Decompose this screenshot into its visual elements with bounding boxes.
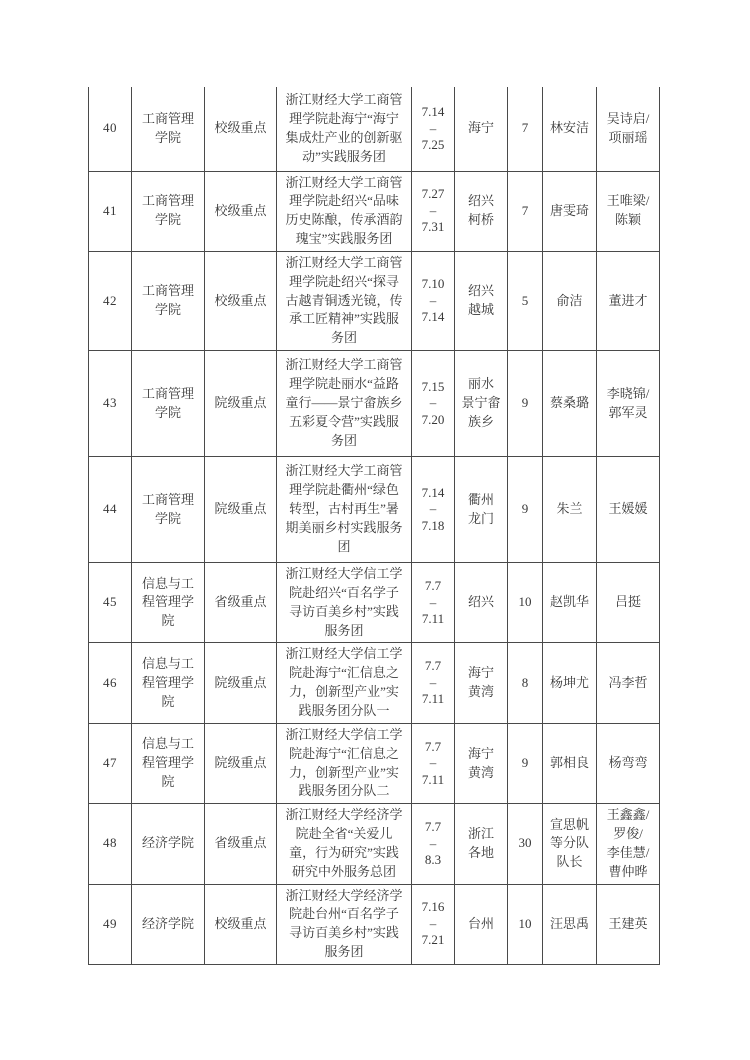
table-row: 45 信息与工 程管理学 院 省级重点 浙江财经大学信工学院赴绍兴“百名学子寻访… — [89, 563, 660, 643]
cell-dates: 7.16 – 7.21 — [412, 884, 455, 964]
cell-location: 丽水 景宁畲 族乡 — [455, 351, 508, 457]
cell-level: 省级重点 — [205, 563, 277, 643]
cell-team-name: 浙江财经大学工商管理学院赴衢州“绿色转型，古村再生”暑期美丽乡村实践服务团 — [277, 457, 412, 563]
cell-location: 海宁 — [455, 87, 508, 171]
table-row: 46 信息与工 程管理学 院 院级重点 浙江财经大学信工学院赴海宁“汇信息之力，… — [89, 643, 660, 723]
cell-dates: 7.7 – 8.3 — [412, 804, 455, 884]
date-range-dash: – — [418, 122, 448, 136]
date-end: 7.31 — [418, 218, 448, 237]
cell-member-count: 5 — [508, 251, 543, 350]
cell-row-number: 44 — [89, 457, 132, 563]
table-row: 40 工商管理 学院 校级重点 浙江财经大学工商管理学院赴海宁“海宁集成灶产业的… — [89, 87, 660, 171]
cell-dates: 7.15 – 7.20 — [412, 351, 455, 457]
cell-leader: 汪思禹 — [543, 884, 597, 964]
date-start: 7.14 — [418, 103, 448, 122]
cell-advisors: 王媛媛 — [597, 457, 660, 563]
cell-leader: 杨坤尤 — [543, 643, 597, 723]
cell-location: 海宁 黄湾 — [455, 723, 508, 803]
cell-college: 工商管理 学院 — [132, 171, 205, 251]
cell-dates: 7.7 – 7.11 — [412, 563, 455, 643]
cell-dates: 7.7 – 7.11 — [412, 723, 455, 803]
table-row: 49 经济学院 校级重点 浙江财经大学经济学院赴台州“百名学子寻访百美乡村”实践… — [89, 884, 660, 964]
date-end: 7.11 — [418, 690, 448, 709]
cell-level: 省级重点 — [205, 804, 277, 884]
date-range-dash: – — [418, 756, 448, 770]
cell-team-name: 浙江财经大学工商管理学院赴绍兴“品味历史陈酿，传承酒韵瑰宝”实践服务团 — [277, 171, 412, 251]
cell-location: 绍兴 — [455, 563, 508, 643]
cell-row-number: 46 — [89, 643, 132, 723]
cell-advisors: 李晓锦/ 郭军灵 — [597, 351, 660, 457]
cell-dates: 7.7 – 7.11 — [412, 643, 455, 723]
date-start: 7.7 — [418, 818, 448, 837]
cell-location: 海宁 黄湾 — [455, 643, 508, 723]
date-start: 7.7 — [418, 738, 448, 757]
cell-college: 工商管理 学院 — [132, 457, 205, 563]
cell-dates: 7.14 – 7.18 — [412, 457, 455, 563]
cell-advisors: 杨弯弯 — [597, 723, 660, 803]
cell-advisors: 王建英 — [597, 884, 660, 964]
cell-level: 院级重点 — [205, 457, 277, 563]
cell-member-count: 7 — [508, 87, 543, 171]
cell-location: 台州 — [455, 884, 508, 964]
cell-advisors: 吴诗启/ 项丽瑶 — [597, 87, 660, 171]
date-end: 7.18 — [418, 517, 448, 536]
cell-team-name: 浙江财经大学经济学院赴全省“关爱儿童，行为研究”实践研究中外服务总团 — [277, 804, 412, 884]
cell-level: 院级重点 — [205, 643, 277, 723]
cell-member-count: 30 — [508, 804, 543, 884]
date-end: 7.20 — [418, 411, 448, 430]
cell-row-number: 45 — [89, 563, 132, 643]
cell-level: 校级重点 — [205, 87, 277, 171]
practice-teams-table: 40 工商管理 学院 校级重点 浙江财经大学工商管理学院赴海宁“海宁集成灶产业的… — [88, 87, 660, 965]
date-start: 7.27 — [418, 185, 448, 204]
cell-level: 校级重点 — [205, 171, 277, 251]
date-end: 7.11 — [418, 610, 448, 629]
cell-team-name: 浙江财经大学信工学院赴海宁“汇信息之力，创新型产业”实践服务团分队二 — [277, 723, 412, 803]
cell-leader: 唐雯琦 — [543, 171, 597, 251]
cell-location: 绍兴 越城 — [455, 251, 508, 350]
cell-row-number: 41 — [89, 171, 132, 251]
cell-college: 信息与工 程管理学 院 — [132, 723, 205, 803]
cell-team-name: 浙江财经大学工商管理学院赴绍兴“探寻古越青铜透光镜，传承工匠精神”实践服务团 — [277, 251, 412, 350]
date-end: 7.11 — [418, 771, 448, 790]
cell-member-count: 7 — [508, 171, 543, 251]
cell-team-name: 浙江财经大学信工学院赴绍兴“百名学子寻访百美乡村”实践服务团 — [277, 563, 412, 643]
cell-row-number: 48 — [89, 804, 132, 884]
cell-college: 工商管理 学院 — [132, 251, 205, 350]
cell-team-name: 浙江财经大学经济学院赴台州“百名学子寻访百美乡村”实践服务团 — [277, 884, 412, 964]
cell-location: 绍兴 柯桥 — [455, 171, 508, 251]
cell-dates: 7.10 – 7.14 — [412, 251, 455, 350]
cell-team-name: 浙江财经大学工商管理学院赴丽水“益路童行——景宁畲族乡五彩夏令营”实践服务团 — [277, 351, 412, 457]
date-start: 7.14 — [418, 484, 448, 503]
cell-level: 院级重点 — [205, 351, 277, 457]
date-start: 7.7 — [418, 577, 448, 596]
cell-row-number: 49 — [89, 884, 132, 964]
cell-member-count: 9 — [508, 457, 543, 563]
date-range-dash: – — [418, 837, 448, 851]
date-range-dash: – — [418, 676, 448, 690]
cell-advisors: 王鑫鑫/ 罗俊/ 李佳慧/ 曹仲晔 — [597, 804, 660, 884]
table-row: 47 信息与工 程管理学 院 院级重点 浙江财经大学信工学院赴海宁“汇信息之力，… — [89, 723, 660, 803]
cell-advisors: 董进才 — [597, 251, 660, 350]
cell-college: 信息与工 程管理学 院 — [132, 563, 205, 643]
cell-level: 院级重点 — [205, 723, 277, 803]
cell-level: 校级重点 — [205, 884, 277, 964]
cell-member-count: 10 — [508, 884, 543, 964]
cell-college: 工商管理 学院 — [132, 351, 205, 457]
cell-member-count: 8 — [508, 643, 543, 723]
cell-team-name: 浙江财经大学信工学院赴海宁“汇信息之力，创新型产业”实践服务团分队一 — [277, 643, 412, 723]
cell-row-number: 43 — [89, 351, 132, 457]
cell-team-name: 浙江财经大学工商管理学院赴海宁“海宁集成灶产业的创新驱动”实践服务团 — [277, 87, 412, 171]
date-range-dash: – — [418, 917, 448, 931]
date-start: 7.10 — [418, 275, 448, 294]
cell-location: 浙江 各地 — [455, 804, 508, 884]
cell-college: 经济学院 — [132, 804, 205, 884]
date-range-dash: – — [418, 596, 448, 610]
cell-row-number: 47 — [89, 723, 132, 803]
date-range-dash: – — [418, 204, 448, 218]
date-end: 8.3 — [418, 851, 448, 870]
table-row: 44 工商管理 学院 院级重点 浙江财经大学工商管理学院赴衢州“绿色转型，古村再… — [89, 457, 660, 563]
cell-advisors: 冯李哲 — [597, 643, 660, 723]
date-end: 7.21 — [418, 931, 448, 950]
cell-dates: 7.27 – 7.31 — [412, 171, 455, 251]
document-page: 40 工商管理 学院 校级重点 浙江财经大学工商管理学院赴海宁“海宁集成灶产业的… — [0, 0, 750, 1060]
table-row: 43 工商管理 学院 院级重点 浙江财经大学工商管理学院赴丽水“益路童行——景宁… — [89, 351, 660, 457]
date-end: 7.25 — [418, 136, 448, 155]
date-start: 7.15 — [418, 378, 448, 397]
cell-row-number: 42 — [89, 251, 132, 350]
date-end: 7.14 — [418, 308, 448, 327]
date-range-dash: – — [418, 294, 448, 308]
date-start: 7.16 — [418, 898, 448, 917]
cell-advisors: 王唯梁/ 陈颖 — [597, 171, 660, 251]
cell-leader: 朱兰 — [543, 457, 597, 563]
cell-location: 衢州 龙门 — [455, 457, 508, 563]
table-row: 48 经济学院 省级重点 浙江财经大学经济学院赴全省“关爱儿童，行为研究”实践研… — [89, 804, 660, 884]
cell-college: 信息与工 程管理学 院 — [132, 643, 205, 723]
cell-leader: 俞洁 — [543, 251, 597, 350]
cell-college: 经济学院 — [132, 884, 205, 964]
cell-row-number: 40 — [89, 87, 132, 171]
date-range-dash: – — [418, 502, 448, 516]
cell-advisors: 吕挺 — [597, 563, 660, 643]
cell-leader: 郭相良 — [543, 723, 597, 803]
cell-leader: 宣思帆 等分队 队长 — [543, 804, 597, 884]
cell-leader: 赵凯华 — [543, 563, 597, 643]
date-start: 7.7 — [418, 657, 448, 676]
cell-member-count: 9 — [508, 723, 543, 803]
cell-level: 校级重点 — [205, 251, 277, 350]
cell-leader: 蔡桑璐 — [543, 351, 597, 457]
date-range-dash: – — [418, 396, 448, 410]
cell-member-count: 9 — [508, 351, 543, 457]
cell-member-count: 10 — [508, 563, 543, 643]
cell-leader: 林安洁 — [543, 87, 597, 171]
table-row: 41 工商管理 学院 校级重点 浙江财经大学工商管理学院赴绍兴“品味历史陈酿，传… — [89, 171, 660, 251]
table-row: 42 工商管理 学院 校级重点 浙江财经大学工商管理学院赴绍兴“探寻古越青铜透光… — [89, 251, 660, 350]
cell-college: 工商管理 学院 — [132, 87, 205, 171]
cell-dates: 7.14 – 7.25 — [412, 87, 455, 171]
